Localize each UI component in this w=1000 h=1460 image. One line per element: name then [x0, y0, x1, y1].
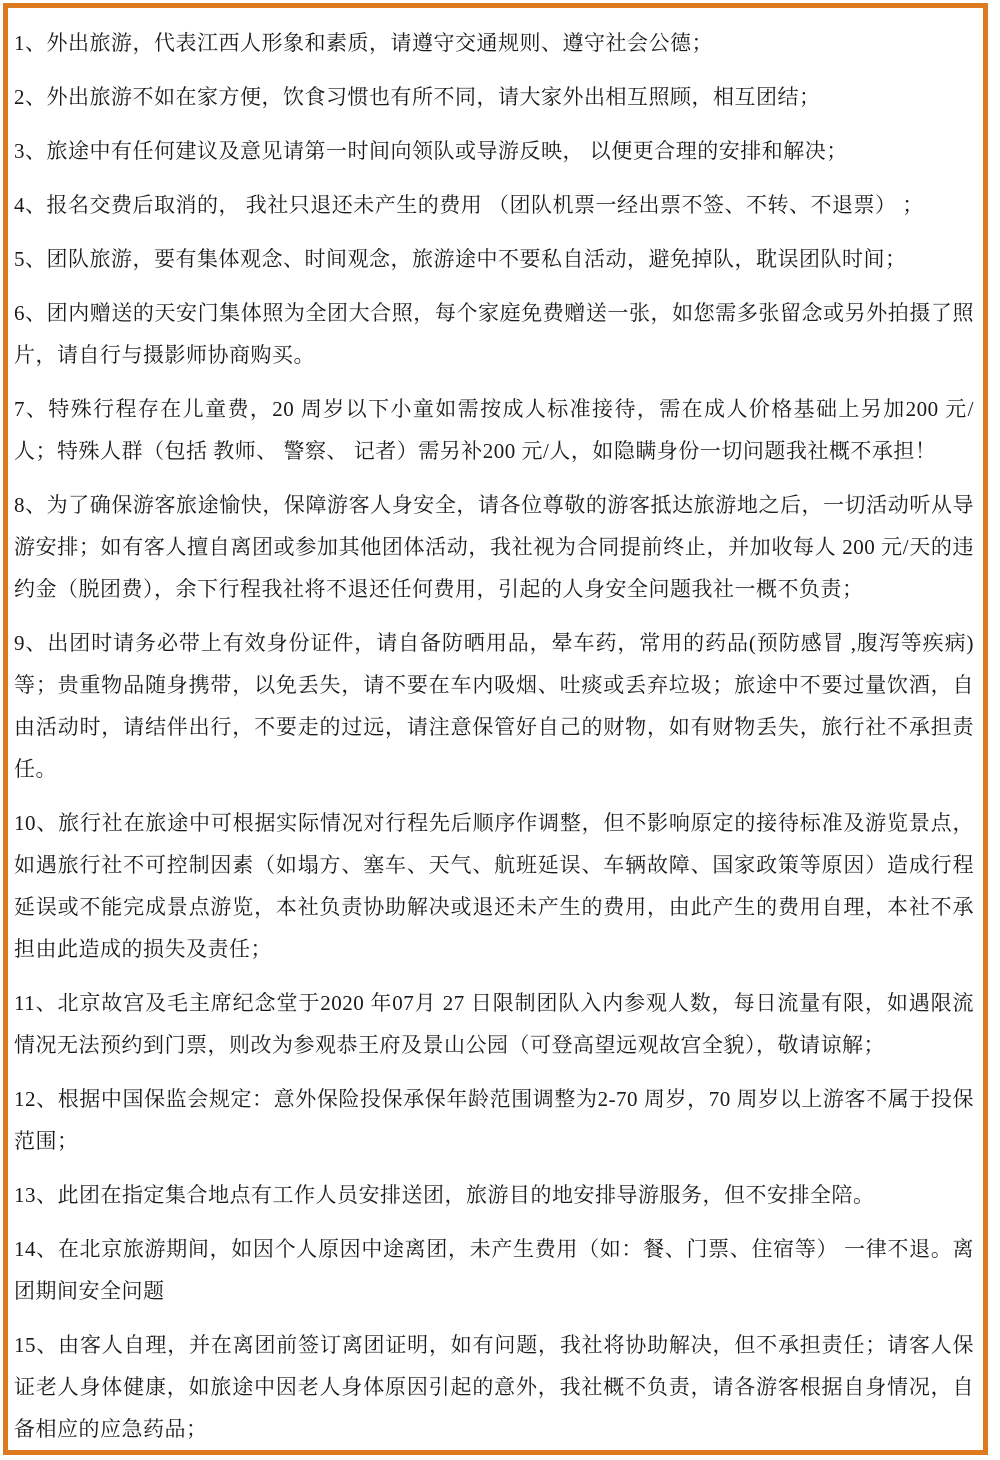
notice-item-2: 2、外出旅游不如在家方便，饮食习惯也有所不同，请大家外出相互照顾，相互团结；	[14, 76, 974, 118]
notice-item-3: 3、旅途中有任何建议及意见请第一时间向领队或导游反映， 以便更合理的安排和解决；	[14, 130, 974, 172]
notice-item-4: 4、报名交费后取消的， 我社只退还未产生的费用 （团队机票一经出票不签、不转、不…	[14, 184, 974, 226]
notice-item-15: 15、由客人自理，并在离团前签订离团证明，如有问题，我社将协助解决，但不承担责任…	[14, 1324, 974, 1450]
notice-item-10: 10、旅行社在旅途中可根据实际情况对行程先后顺序作调整，但不影响原定的接待标准及…	[14, 802, 974, 970]
notice-item-13: 13、此团在指定集合地点有工作人员安排送团，旅游目的地安排导游服务，但不安排全陪…	[14, 1174, 974, 1216]
notice-item-9: 9、出团时请务必带上有效身份证件，请自备防晒用品，晕车药，常用的药品(预防感冒 …	[14, 622, 974, 790]
notice-page: 1、外出旅游，代表江西人形象和素质，请遵守交通规则、遵守社会公德； 2、外出旅游…	[3, 3, 988, 1455]
notice-item-1: 1、外出旅游，代表江西人形象和素质，请遵守交通规则、遵守社会公德；	[14, 22, 974, 64]
notice-item-7: 7、特殊行程存在儿童费，20 周岁以下小童如需按成人标准接待，需在成人价格基础上…	[14, 388, 974, 472]
notice-item-12: 12、根据中国保监会规定：意外保险投保承保年龄范围调整为2-70 周岁，70 周…	[14, 1078, 974, 1162]
notice-item-5: 5、团队旅游，要有集体观念、时间观念，旅游途中不要私自活动，避免掉队，耽误团队时…	[14, 238, 974, 280]
notice-item-8: 8、为了确保游客旅途愉快，保障游客人身安全，请各位尊敬的游客抵达旅游地之后，一切…	[14, 484, 974, 610]
notice-item-11: 11、北京故宫及毛主席纪念堂于2020 年07月 27 日限制团队入内参观人数，…	[14, 982, 974, 1066]
notice-item-14: 14、在北京旅游期间，如因个人原因中途离团，未产生费用（如：餐、门票、住宿等） …	[14, 1228, 974, 1312]
notice-item-6: 6、团内赠送的天安门集体照为全团大合照，每个家庭免费赠送一张，如您需多张留念或另…	[14, 292, 974, 376]
